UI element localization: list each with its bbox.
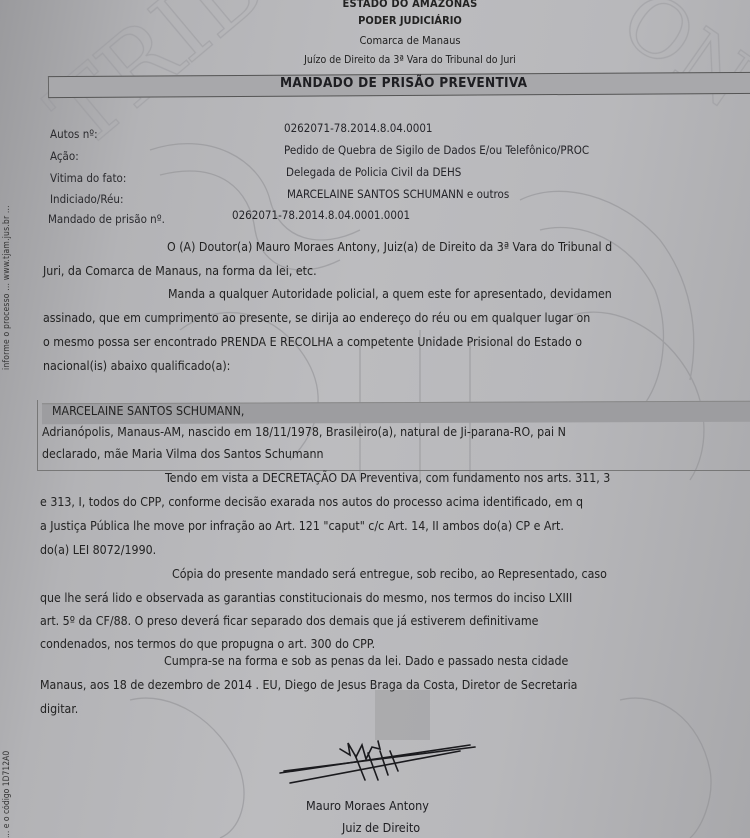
- paragraph-line: e 313, I, todos do CPP, conforme decisão…: [40, 495, 583, 509]
- case-number-label: Autos nº:: [50, 127, 98, 141]
- victim-label: Vitima do fato:: [50, 171, 126, 185]
- side-margin-code: ... e o código 1D712A0: [2, 700, 16, 838]
- paragraph-line: Tendo em vista a DECRETAÇÃO DA Preventiv…: [165, 471, 610, 485]
- victim-value: Delegada de Policia Civil da DEHS: [286, 165, 461, 179]
- header-district: Comarca de Manaus: [240, 34, 580, 47]
- paragraph-line: do(a) LEI 8072/1990.: [40, 543, 156, 557]
- paragraph-line: Juri, da Comarca de Manaus, na forma da …: [43, 264, 317, 278]
- paragraph-line: Cumpra-se na forma e sob as penas da lei…: [164, 654, 568, 668]
- paragraph-line: nacional(is) abaixo qualificado(a):: [43, 359, 230, 373]
- paragraph-line: Manda a qualquer Autoridade policial, a …: [168, 287, 612, 301]
- paragraph-line: condenados, nos termos do que propugna o…: [40, 637, 375, 651]
- header-court: Juízo de Direito da 3ª Vara do Tribunal …: [240, 54, 580, 66]
- header-state: ESTADO DO AMAZONAS: [240, 0, 580, 10]
- warrant-number-label: Mandado de prisão nº.: [48, 212, 165, 226]
- warrant-number-value: 0262071-78.2014.8.04.0001.0001: [232, 208, 410, 222]
- qualification-line: Adrianópolis, Manaus-AM, nascido em 18/1…: [42, 425, 566, 439]
- defendant-value: MARCELAINE SANTOS SCHUMANN e outros: [287, 187, 509, 201]
- paragraph-line: que lhe será lido e observada as garanti…: [40, 591, 572, 605]
- action-label: Ação:: [50, 149, 79, 163]
- paragraph-line: o mesmo possa ser encontrado PRENDA E RE…: [43, 335, 582, 349]
- signer-name: Mauro Moraes Antony: [306, 798, 429, 813]
- paragraph-line: Manaus, aos 18 de dezembro de 2014 . EU,…: [40, 678, 577, 692]
- paragraph-line: art. 5º da CF/88. O preso deverá ficar s…: [40, 614, 538, 628]
- document-title: MANDADO DE PRISÃO PREVENTIVA: [280, 75, 527, 91]
- signer-role: Juiz de Direito: [342, 820, 420, 835]
- paragraph-line: assinado, que em cumprimento ao presente…: [43, 311, 590, 325]
- paragraph-line: a Justiça Pública lhe move por infração …: [40, 519, 564, 533]
- paragraph-line: Cópia do presente mandado será entregue,…: [172, 567, 607, 581]
- case-number-value: 0262071-78.2014.8.04.0001: [284, 121, 433, 135]
- paragraph-line: O (A) Doutor(a) Mauro Moraes Antony, Jui…: [167, 240, 612, 254]
- defendant-name: MARCELAINE SANTOS SCHUMANN,: [52, 404, 244, 418]
- paragraph-line: digitar.: [40, 702, 78, 716]
- action-value: Pedido de Quebra de Sigilo de Dados E/ou…: [284, 143, 589, 157]
- qualification-line: declarado, mãe Maria Vilma dos Santos Sc…: [42, 447, 324, 461]
- signature-scribble: [270, 735, 500, 790]
- header-branch: PODER JUDICIÁRIO: [240, 14, 580, 27]
- side-margin-note: informe o processo ... www.tjam.jus.br .…: [2, 10, 16, 370]
- defendant-label: Indiciado/Réu:: [50, 192, 123, 206]
